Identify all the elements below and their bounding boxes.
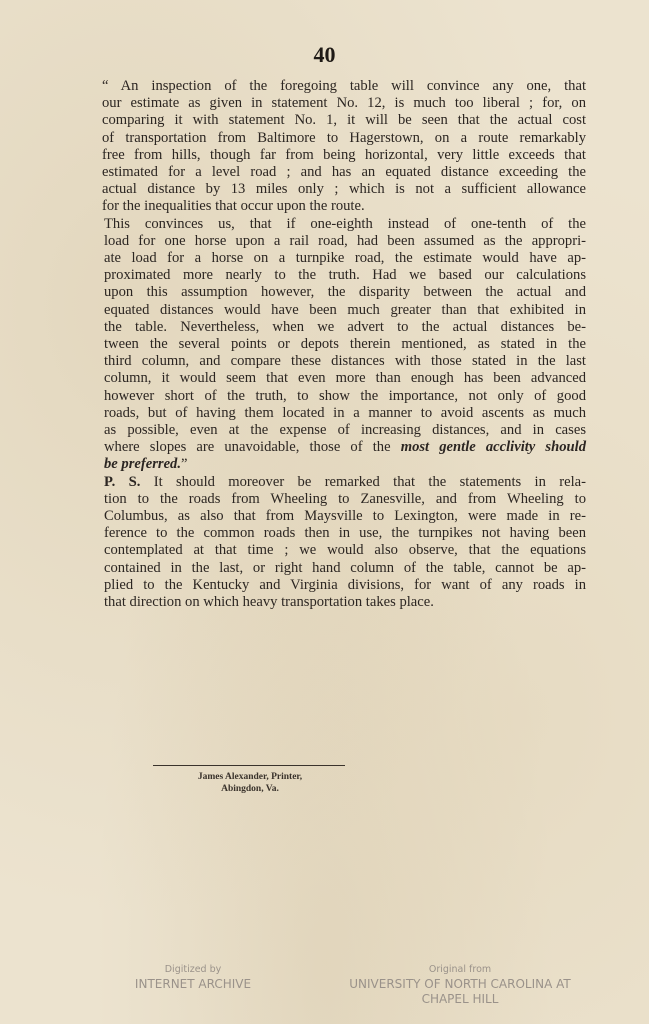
paragraph-ps: P. S. It should moreover be remarked tha… bbox=[88, 474, 586, 612]
divider-rule bbox=[153, 765, 345, 766]
closing-quote: ” bbox=[181, 456, 187, 472]
text-segment: where slopes are unavoidable, those of t… bbox=[104, 439, 401, 455]
text-line: third column, and compare these distance… bbox=[88, 353, 586, 370]
text-line: column, it would seem that even more tha… bbox=[88, 370, 586, 387]
text-line: however short of the truth, to show the … bbox=[88, 388, 586, 405]
text-line: upon this assumption however, the dispar… bbox=[88, 284, 586, 301]
text-line: actual distance by 13 miles only ; which… bbox=[88, 181, 586, 198]
text-line: Columbus, as also that from Maysville to… bbox=[88, 508, 586, 525]
italic-text: most gentle acclivity should bbox=[401, 439, 586, 455]
watermark-title: INTERNET ARCHIVE bbox=[128, 977, 258, 992]
text-line: the table. Nevertheless, when we advert … bbox=[88, 319, 586, 336]
watermark-caption: Original from bbox=[340, 963, 580, 977]
digitized-by-watermark: Digitized by INTERNET ARCHIVE bbox=[128, 963, 258, 992]
text-line: estimated for a level road ; and has an … bbox=[88, 164, 586, 181]
text-segment: It should moreover be remarked that the … bbox=[140, 474, 586, 490]
text-line: ate load for a horse on a turnpike road,… bbox=[88, 250, 586, 267]
page-number: 40 bbox=[0, 42, 649, 68]
text-line: plied to the Kentucky and Virginia divis… bbox=[88, 577, 586, 594]
imprint-line-1: James Alexander, Printer, bbox=[150, 771, 350, 783]
text-line: proximated more nearly to the truth. Had… bbox=[88, 267, 586, 284]
text-line: be preferred.” bbox=[88, 456, 586, 473]
text-line: comparing it with statement No. 1, it wi… bbox=[88, 112, 586, 129]
watermark-title: UNIVERSITY OF NORTH CAROLINA AT bbox=[340, 977, 580, 992]
text-line: contained in the last, or right hand col… bbox=[88, 560, 586, 577]
italic-text: be preferred. bbox=[104, 456, 181, 472]
text-line: P. S. It should moreover be remarked tha… bbox=[88, 474, 586, 491]
text-line: load for one horse upon a rail road, had… bbox=[88, 233, 586, 250]
text-line: tween the several points or depots there… bbox=[88, 336, 586, 353]
text-line: tion to the roads from Wheeling to Zanes… bbox=[88, 491, 586, 508]
text-line: “ An inspection of the foregoing table w… bbox=[88, 78, 586, 95]
text-line: This convinces us, that if one-eighth in… bbox=[88, 216, 586, 233]
text-line: roads, but of having them located in a m… bbox=[88, 405, 586, 422]
text-line: for the inequalities that occur upon the… bbox=[88, 198, 586, 215]
watermark-caption: Digitized by bbox=[128, 963, 258, 977]
text-line: our estimate as given in statement No. 1… bbox=[88, 95, 586, 112]
text-line: that direction on which heavy transporta… bbox=[88, 594, 586, 611]
body-text: “ An inspection of the foregoing table w… bbox=[88, 78, 586, 611]
text-line: ference to the common roads then in use,… bbox=[88, 525, 586, 542]
text-line: free from hills, though far from being h… bbox=[88, 147, 586, 164]
paragraph-2: This convinces us, that if one-eighth in… bbox=[88, 216, 586, 474]
printer-imprint: James Alexander, Printer, Abingdon, Va. bbox=[150, 771, 350, 795]
text-line: contemplated at that time ; we would als… bbox=[88, 542, 586, 559]
paragraph-1: “ An inspection of the foregoing table w… bbox=[88, 78, 586, 216]
text-line: equated distances would have been much g… bbox=[88, 302, 586, 319]
watermark-title-2: CHAPEL HILL bbox=[340, 992, 580, 1007]
text-line: of transportation from Baltimore to Hage… bbox=[88, 130, 586, 147]
imprint-line-2: Abingdon, Va. bbox=[150, 783, 350, 795]
text-line: as possible, even at the expense of incr… bbox=[88, 422, 586, 439]
text-line: where slopes are unavoidable, those of t… bbox=[88, 439, 586, 456]
ps-label: P. S. bbox=[104, 474, 140, 490]
original-from-watermark: Original from UNIVERSITY OF NORTH CAROLI… bbox=[340, 963, 580, 1007]
